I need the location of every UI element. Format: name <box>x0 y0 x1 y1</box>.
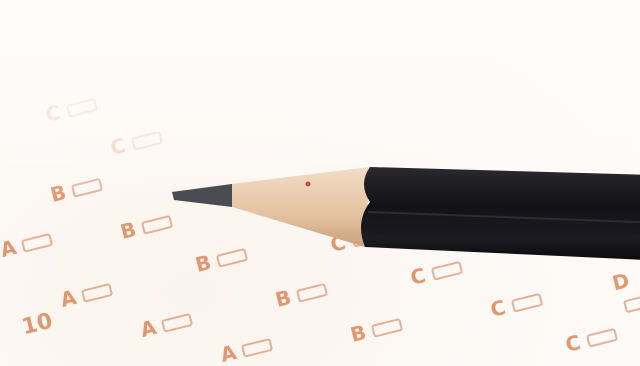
answer-letter: A <box>138 315 160 342</box>
answer-bubble-a: A <box>58 276 115 312</box>
answer-letter: C <box>408 263 429 290</box>
pencil-icon <box>170 162 640 262</box>
answer-letter: D <box>610 268 633 296</box>
bubble-box <box>431 261 463 281</box>
answer-letter: C <box>563 330 584 357</box>
answer-bubble-b: B <box>273 276 330 312</box>
answer-letter: B <box>273 285 295 312</box>
bubble-box <box>296 283 328 303</box>
answer-bubble-c: C <box>563 321 619 357</box>
bubble-box <box>21 233 53 253</box>
answer-bubble-b: B <box>348 311 405 347</box>
bubble-box <box>141 215 173 235</box>
answer-bubble-b: B <box>118 208 175 244</box>
bubble-box <box>511 293 543 313</box>
bubble-box <box>241 338 273 358</box>
answer-bubble-a: A <box>218 331 275 366</box>
answer-letter: B <box>348 320 370 347</box>
bubble-box <box>586 328 618 348</box>
answer-letter: A <box>218 340 240 366</box>
answer-letter: A <box>0 235 20 262</box>
bubble-box <box>623 293 640 313</box>
answer-bubble-a: A <box>0 226 55 262</box>
bubble-box <box>81 283 113 303</box>
question-number: 10 <box>19 309 55 341</box>
answer-letter: A <box>58 285 80 312</box>
answer-bubble-d: D <box>610 263 640 318</box>
answer-letter: C <box>488 295 509 322</box>
answer-letter: B <box>118 217 140 244</box>
answer-bubble-a: A <box>138 306 195 342</box>
photo-scene: AAAABBBBBCCCCCCD 10 <box>0 0 640 366</box>
bubble-box <box>371 318 403 338</box>
answer-bubble-c: C <box>488 286 544 322</box>
bubble-box <box>161 313 193 333</box>
